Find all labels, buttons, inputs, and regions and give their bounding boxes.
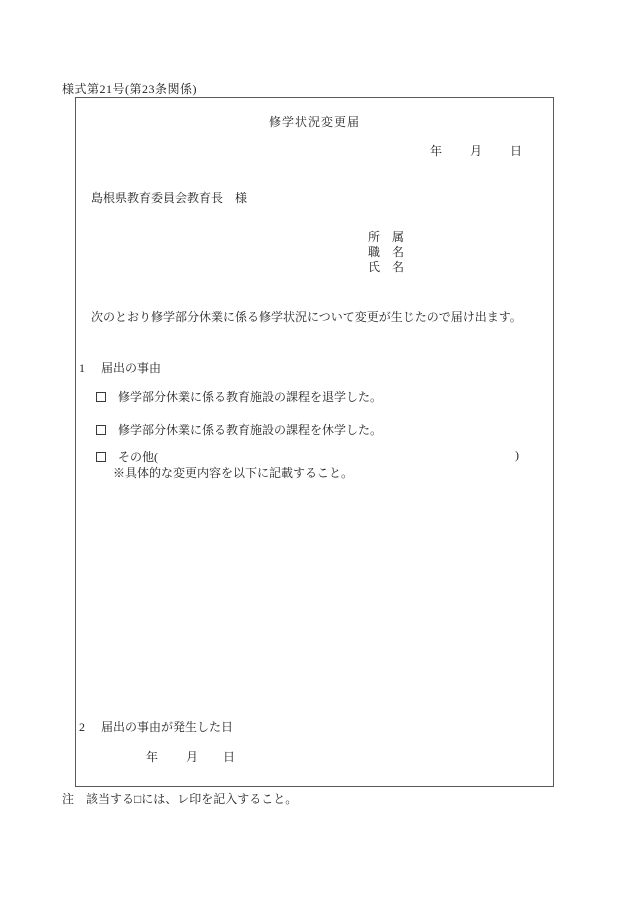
date-day-label: 日 <box>223 748 235 765</box>
submitter-block: 所 属 職 名 氏 名 <box>368 230 404 275</box>
checkbox-icon <box>96 452 106 462</box>
section2-heading: 2届出の事由が発生した日 <box>79 718 233 735</box>
date-year-label: 年 <box>146 748 158 765</box>
option-label: 修学部分休業に係る教育施設の課程を休学した。 <box>118 423 382 437</box>
position-label: 職 名 <box>368 245 404 260</box>
other-option-sub-note: ※具体的な変更内容を以下に記載すること。 <box>113 464 353 481</box>
date-year-label: 年 <box>430 142 442 159</box>
form-number-label: 様式第21号(第23条関係) <box>62 80 197 97</box>
date-month-label: 月 <box>470 142 482 159</box>
affiliation-label: 所 属 <box>368 230 404 245</box>
other-option-close-paren: ) <box>515 448 519 463</box>
form-title: 修学状況変更届 <box>76 113 553 130</box>
form-border-box: 修学状況変更届 年 月 日 島根県教育委員会教育長 様 所 属 職 名 氏 名 … <box>75 97 554 787</box>
body-statement: 次のとおり修学部分休業に係る修学状況について変更が生じたので届け出ます。 <box>91 308 522 325</box>
section1-title: 届出の事由 <box>101 361 161 375</box>
document-page: 様式第21号(第23条関係) 修学状況変更届 年 月 日 島根県教育委員会教育長… <box>0 0 630 903</box>
section2-number: 2 <box>79 720 85 735</box>
section1-heading: 1届出の事由 <box>79 359 161 376</box>
section2-title: 届出の事由が発生した日 <box>101 720 233 734</box>
date-month-label: 月 <box>186 748 198 765</box>
option-row-withdrawal: 修学部分休業に係る教育施設の課程を退学した。 <box>96 388 382 405</box>
name-label: 氏 名 <box>368 260 404 275</box>
occurrence-date-line: 年 月 日 <box>146 748 235 765</box>
option-label: その他( <box>118 450 158 464</box>
addressee-line: 島根県教育委員会教育長 様 <box>91 189 247 206</box>
checkbox-icon <box>96 392 106 402</box>
option-row-leave: 修学部分休業に係る教育施設の課程を休学した。 <box>96 421 382 438</box>
section1-number: 1 <box>79 361 85 376</box>
date-day-label: 日 <box>510 142 522 159</box>
option-row-other: その他( <box>96 448 158 465</box>
checkbox-icon <box>96 425 106 435</box>
footer-note: 注 該当する□には、レ印を記入すること。 <box>62 790 297 807</box>
submission-date-line: 年 月 日 <box>430 142 522 159</box>
option-label: 修学部分休業に係る教育施設の課程を退学した。 <box>118 390 382 404</box>
